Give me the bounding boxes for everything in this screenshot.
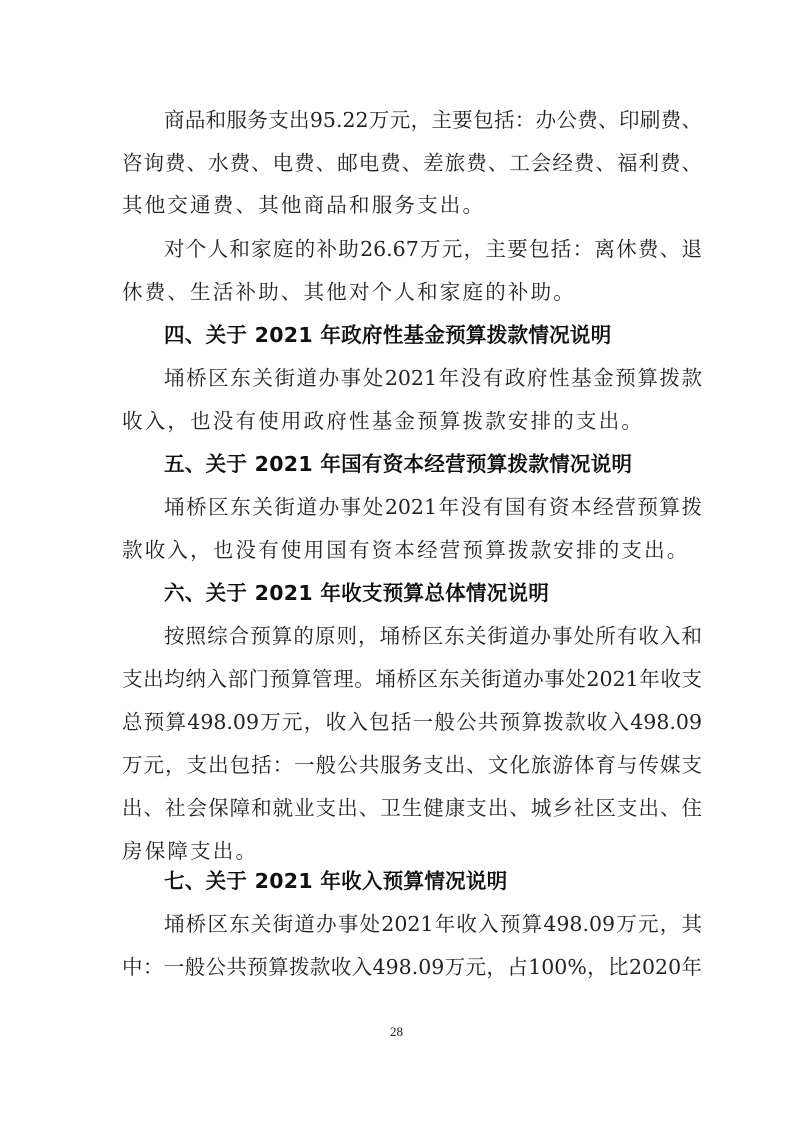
body-line: 商品和服务支出95.22万元，主要包括：办公费、印刷费、 [164,105,702,135]
body-line: 埇桥区东关街道办事处2021年没有政府性基金预算拨款 [164,363,702,393]
section-heading-7: 七、关于 2021 年收入预算情况说明 [164,866,508,896]
body-line: 支出均纳入部门预算管理。埇桥区东关街道办事处2021年收支 [122,664,702,694]
body-line: 埇桥区东关街道办事处2021年收入预算498.09万元，其 [164,909,702,939]
body-line: 房保障支出。 [122,836,702,866]
body-line: 按照综合预算的原则，埇桥区东关街道办事处所有收入和 [164,621,702,651]
body-line: 总预算498.09万元，收入包括一般公共预算拨款收入498.09 [122,707,702,737]
page-number: 28 [0,1024,793,1040]
section-heading-6: 六、关于 2021 年收支预算总体情况说明 [164,578,549,608]
section-heading-5: 五、关于 2021 年国有资本经营预算拨款情况说明 [164,449,632,479]
body-line: 中：一般公共预算拨款收入498.09万元，占100%，比2020年 [122,952,702,982]
document-page: 商品和服务支出95.22万元，主要包括：办公费、印刷费、 咨询费、水费、电费、邮… [0,0,793,1122]
body-line: 埇桥区东关街道办事处2021年没有国有资本经营预算拨 [164,492,702,522]
body-line: 对个人和家庭的补助26.67万元，主要包括：离休费、退 [164,234,702,264]
body-line: 款收入，也没有使用国有资本经营预算拨款安排的支出。 [122,535,702,565]
body-line: 收入，也没有使用政府性基金预算拨款安排的支出。 [122,406,702,436]
body-line: 休费、生活补助、其他对个人和家庭的补助。 [122,277,702,307]
body-line: 万元，支出包括：一般公共服务支出、文化旅游体育与传媒支 [122,750,702,780]
body-line: 其他交通费、其他商品和服务支出。 [122,190,702,220]
section-heading-4: 四、关于 2021 年政府性基金预算拨款情况说明 [164,320,612,350]
body-line: 咨询费、水费、电费、邮电费、差旅费、工会经费、福利费、 [122,148,702,178]
body-line: 出、社会保障和就业支出、卫生健康支出、城乡社区支出、住 [122,793,702,823]
